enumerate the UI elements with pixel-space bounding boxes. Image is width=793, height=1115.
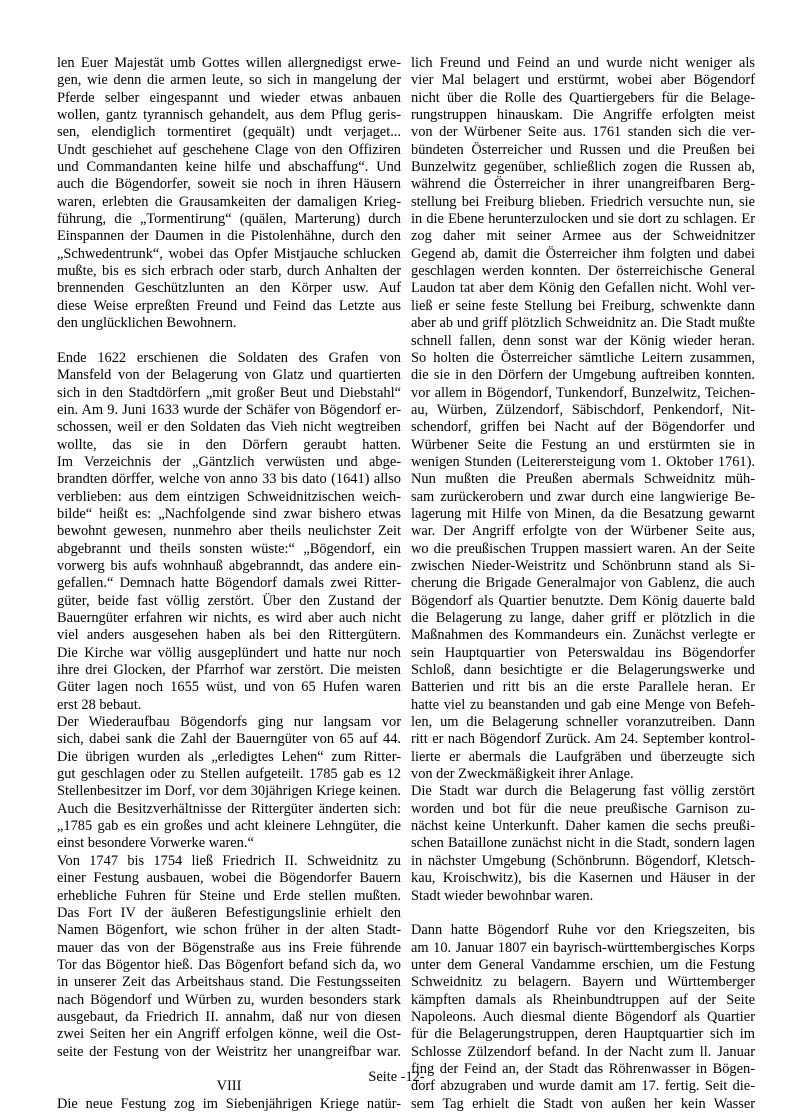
text-line: mußte, bis es sich erbrach oder starb, d… bbox=[57, 263, 401, 280]
text-line: kau, Kroischwitz), bis die Kasernen und … bbox=[411, 870, 755, 887]
text-line: schossen, weil er den Soldaten das Vieh … bbox=[57, 419, 401, 436]
text-line: sich in den Stadtdörfern „mit großer Beu… bbox=[57, 385, 401, 402]
text-line: unter dem General Vandamme erschien, um … bbox=[411, 957, 755, 974]
text-line: wenigen Stunden (Leiterersteigung vom 1.… bbox=[411, 454, 755, 471]
text-line: auch die Bögendorfer, soweit sie noch in… bbox=[57, 176, 401, 193]
text-line: sam zurückerobern und zwar durch eine la… bbox=[411, 489, 755, 506]
text-line: bewohnt gewesen, nunmehro aber theils ne… bbox=[57, 523, 401, 540]
text-line: gut geschlagen oder zu Stellen aufgeteil… bbox=[57, 766, 401, 783]
text-line: So holten die Österreicher sämtliche Lei… bbox=[411, 350, 755, 367]
text-line: Batterien und ritt bis an die erste Para… bbox=[411, 679, 755, 696]
text-line: Namen Bögenfort, wie schon früher in der… bbox=[57, 922, 401, 939]
text-line: güter, beide fast völlig zerstört. Über … bbox=[57, 593, 401, 610]
text-line: Nun mußten die Preußen abermals Schweidn… bbox=[411, 471, 755, 488]
text-line: von der Würbener Seite aus. 1761 standen… bbox=[411, 124, 755, 141]
text-line: die Belagerung zu lange, daher griff er … bbox=[411, 610, 755, 627]
text-line: waren, erlebten die Grausamkeiten der da… bbox=[57, 194, 401, 211]
text-line: lierte er abermals die Laufgräben und üb… bbox=[411, 749, 755, 766]
text-line: nicht über die Rolle des Quartiergebers … bbox=[411, 90, 755, 107]
text-line: brennenden Geschützlunten an den Körper … bbox=[57, 280, 401, 297]
text-line: Güter lagen noch 1655 wüst, und von 65 H… bbox=[57, 679, 401, 696]
text-line: erst 28 bebaut. bbox=[57, 697, 401, 714]
text-line: Die neue Festung zog im Siebenjährigen K… bbox=[57, 1096, 401, 1113]
text-line: verblieben: aus dem eintzigen Schweidnit… bbox=[57, 489, 401, 506]
text-line: am 10. Januar 1807 ein bayrisch-württemb… bbox=[411, 940, 755, 957]
text-line: erhebliche Fuhren für Steine und Erde st… bbox=[57, 888, 401, 905]
text-line: zog daher mit seiner Armee aus der Schwe… bbox=[411, 228, 755, 245]
text-line: gen, wie denn die armen leute, so sich i… bbox=[57, 72, 401, 89]
text-line: diese Weise erpreßten Freund und Feind d… bbox=[57, 298, 401, 315]
text-line: Von 1747 bis 1754 ließ Friedrich II. Sch… bbox=[57, 853, 401, 870]
text-line: Maßnahmen des Kommandeurs ein. Zunächst … bbox=[411, 627, 755, 644]
text-line: sem Tag erhielt die Stadt von außen her … bbox=[411, 1096, 755, 1113]
text-line: in die Ebene herunterzulocken und sie do… bbox=[411, 211, 755, 228]
text-line: Bögendorf als Quartier benutzte. Dem Kön… bbox=[411, 593, 755, 610]
text-line: Pferde selber eingespannt und wieder etw… bbox=[57, 90, 401, 107]
text-line: au, Würben, Zülzendorf, Säbischdorf, Pen… bbox=[411, 402, 755, 419]
text-line: Laudon tat aber dem König den Gefallen n… bbox=[411, 280, 755, 297]
right-text-column: lich Freund und Feind an und wurde nicht… bbox=[411, 55, 755, 1113]
text-line: Das Fort IV der äußeren Befestigungslini… bbox=[57, 905, 401, 922]
text-line: ritt er nach Bögendorf Zurück. Am 24. Se… bbox=[411, 731, 755, 748]
text-line: für die Belagerungstruppen, deren Hauptq… bbox=[411, 1026, 755, 1043]
text-line: Die Kirche war völlig ausgeplündert und … bbox=[57, 645, 401, 662]
text-line: einst besondere Vorwerke waren.“ bbox=[57, 835, 401, 852]
text-line: mauer das von der Bögenstraße aus ins Fr… bbox=[57, 940, 401, 957]
text-line: von der Zweckmäßigkeit ihrer Anlage. bbox=[411, 766, 755, 783]
text-line: bündeten Österreicher und Russen und die… bbox=[411, 142, 755, 159]
page-number-footer: Seite -12- bbox=[0, 1069, 793, 1086]
text-line: Auch die Besitzverhältnisse der Rittergü… bbox=[57, 801, 401, 818]
text-line: ließ er seine feste Stellung bei Freibur… bbox=[411, 298, 755, 315]
text-line: worden und bot für die neue preußische G… bbox=[411, 801, 755, 818]
text-line: „1785 gab es ein großes und acht kleiner… bbox=[57, 818, 401, 835]
text-line: ihre drei Glocken, der Pfarrhof war zers… bbox=[57, 662, 401, 679]
text-line: viel anders ausgesehen haben als bei den… bbox=[57, 627, 401, 644]
text-line: Schlosse Zülzendorf befand. In der Nacht… bbox=[411, 1044, 755, 1061]
text-line: war. Der Angriff erfolgte von der Würben… bbox=[411, 523, 755, 540]
text-line: sein Hauptquartier von Peterswaldau ins … bbox=[411, 645, 755, 662]
document-page: len Euer Majestät umb Gottes willen alle… bbox=[0, 0, 793, 1115]
text-line: Ende 1622 erschienen die Soldaten des Gr… bbox=[57, 350, 401, 367]
text-line: wollen, gantz tyrannisch gehandelt, aus … bbox=[57, 107, 401, 124]
text-line: geschlagen werden konnten. Der österreic… bbox=[411, 263, 755, 280]
text-line: Undt geschiehet auf geschehene Clage von… bbox=[57, 142, 401, 159]
text-line: seite der Festung von der Weistritz her … bbox=[57, 1044, 401, 1061]
text-line: Schloß, dann besichtigte er die Belageru… bbox=[411, 662, 755, 679]
paragraph-gap bbox=[57, 333, 401, 350]
text-line: zwei Seiten her ein Angriff erfolgen kön… bbox=[57, 1026, 401, 1043]
text-line: den unglücklichen Bewohnern. bbox=[57, 315, 401, 332]
text-line: stellung bei Freiburg blieben. Friedrich… bbox=[411, 194, 755, 211]
text-line: Tor das Bögentor hieß. Das Bögenfort bef… bbox=[57, 957, 401, 974]
text-line: in nächster Umgebung (Schönbrunn. Bögend… bbox=[411, 853, 755, 870]
text-line: und Commandanten keine hilfe und abschaf… bbox=[57, 159, 401, 176]
text-line: brandten dörffer, welche von anno 33 bis… bbox=[57, 471, 401, 488]
text-line: Bauerngüter erfahren wir nichts, es wird… bbox=[57, 610, 401, 627]
text-line: vorwerg bis aufs wohnhauß abgebranndt, d… bbox=[57, 558, 401, 575]
text-line: kämpften damals als Rheinbundtruppen auf… bbox=[411, 992, 755, 1009]
text-line: Die Stadt war durch die Belagerung fast … bbox=[411, 783, 755, 800]
text-line: „Schwedentrunk“, wobei das Opfer Mistjau… bbox=[57, 246, 401, 263]
text-line: rungstruppen hinauskam. Die Angriffe erf… bbox=[411, 107, 755, 124]
text-line: hatte viel zu beanstanden und gab eine M… bbox=[411, 697, 755, 714]
text-line: vier Mal belagert und erstürmt, wobei ab… bbox=[411, 72, 755, 89]
left-text-column: len Euer Majestät umb Gottes willen alle… bbox=[57, 55, 401, 1113]
text-line: Mansfeld von der Belagerung von Glatz un… bbox=[57, 367, 401, 384]
text-line: die sie in den Dörfern der Umgebung auft… bbox=[411, 367, 755, 384]
text-line: Dann hatte Bögendorf Ruhe vor den Kriegs… bbox=[411, 922, 755, 939]
text-line: Im Verzeichnis der „Gäntzlich verwüsten … bbox=[57, 454, 401, 471]
text-line: Bunzelwitz gegenüber, schließlich zogen … bbox=[411, 159, 755, 176]
text-line: Schweidnitz zu belagern. Bayern und Würt… bbox=[411, 974, 755, 991]
text-line: nächst keine Unterkunft. Daher kamen die… bbox=[411, 818, 755, 835]
text-line: len Euer Majestät umb Gottes willen alle… bbox=[57, 55, 401, 72]
text-line: Stadt wieder bewohnbar waren. bbox=[411, 888, 755, 905]
text-line: führung, die „Tormentirung“ (quälen, Mar… bbox=[57, 211, 401, 228]
text-line: aber ab und griff plötzlich Schweidnitz … bbox=[411, 315, 755, 332]
text-line: während die Österreicher in ihrer unangr… bbox=[411, 176, 755, 193]
text-line: schendorf, griffen bei Nacht auf der Bög… bbox=[411, 419, 755, 436]
text-line: lagerung mit Hilfe von Minen, da die Bes… bbox=[411, 506, 755, 523]
text-line: Napoleons. Auch diesmal diente Bögendorf… bbox=[411, 1009, 755, 1026]
text-line: sich, dabei sank die Zahl der Bauerngüte… bbox=[57, 731, 401, 748]
text-line: ausgebaut, da Friedrich II. annahm, daß … bbox=[57, 1009, 401, 1026]
text-line: gefallen.“ Demnach hatte Bögendorf damal… bbox=[57, 575, 401, 592]
text-line: Der Wiederaufbau Bögendorfs ging nur lan… bbox=[57, 714, 401, 731]
text-line: Einspannen der Daumen in die Pistolenhäh… bbox=[57, 228, 401, 245]
text-line: Gegend ab, damit die Österreicher ihm fo… bbox=[411, 246, 755, 263]
text-line: in unserer Zeit das Arbeitshaus stand. D… bbox=[57, 974, 401, 991]
text-line: schen Bataillone zunächst nicht in die S… bbox=[411, 835, 755, 852]
text-line: Würbener Seite die Festung an und erstür… bbox=[411, 437, 755, 454]
text-line: lich Freund und Feind an und wurde nicht… bbox=[411, 55, 755, 72]
text-line: nach Bögendorf und Würben zu, wurden bes… bbox=[57, 992, 401, 1009]
paragraph-gap bbox=[411, 905, 755, 922]
text-line: cherung die Brigade Generalmajor von Gab… bbox=[411, 575, 755, 592]
text-line: len, um die Belagerung schneller voranzu… bbox=[411, 714, 755, 731]
text-line: abgebrannt und theils sonsten wüste:“ „B… bbox=[57, 541, 401, 558]
text-line: zwischen Nieder-Weistritz und Schönbrunn… bbox=[411, 558, 755, 575]
text-line: vor allem in Bögendorf, Tunkendorf, Bunz… bbox=[411, 385, 755, 402]
text-line: Die übrigen wurden als „erledigtes Lehen… bbox=[57, 749, 401, 766]
text-line: ein. Am 9. Juni 1633 wurde der Schäfer v… bbox=[57, 402, 401, 419]
text-line: einer Festung ausbauen, wobei die Bögend… bbox=[57, 870, 401, 887]
text-line: schnell fallen, denn sonst war der König… bbox=[411, 333, 755, 350]
text-line: Stellenbesitzer im Dorf, vor dem 30jähri… bbox=[57, 783, 401, 800]
text-line: wo die preußischen Truppen massiert ware… bbox=[411, 541, 755, 558]
text-line: wollte, das sie in den Dörfern geraubt h… bbox=[57, 437, 401, 454]
text-line: sen, elendiglich tormentiret (gequält) u… bbox=[57, 124, 401, 141]
text-line: bilde“ heißt es: „Nachfolgende sind zwar… bbox=[57, 506, 401, 523]
